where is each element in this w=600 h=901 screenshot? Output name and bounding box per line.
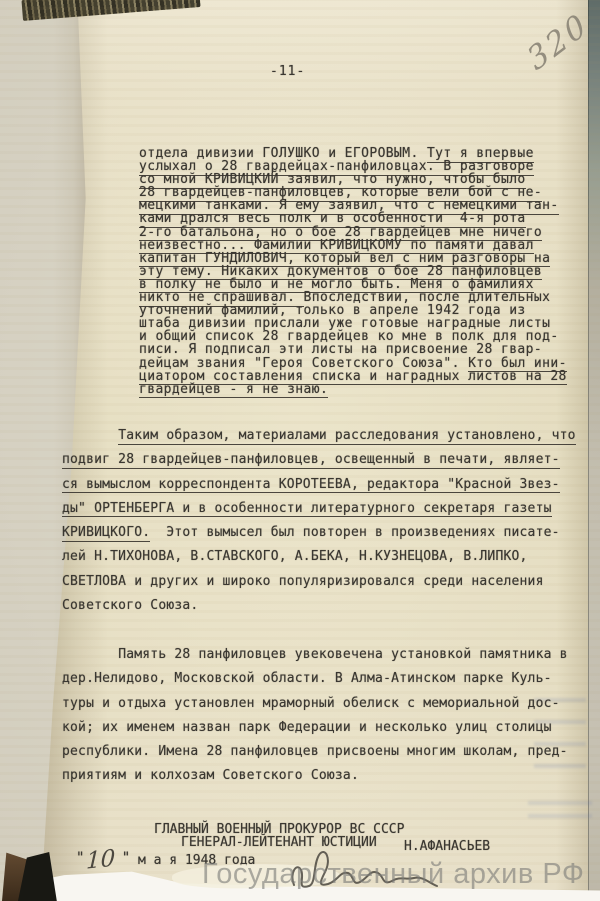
text-line: 2-го батальона, но о бое 28 гвардейцев м… (139, 226, 567, 239)
page-number: -11- (270, 64, 305, 79)
quoted-testimony-block: отдела дивизии ГОЛУШКО и ЕГОРОВЫМ. Тут я… (139, 147, 567, 396)
text-line: Советского Союза. (62, 594, 576, 618)
text-line: подвиг 28 гвардейцев-панфиловцев, освеще… (62, 448, 576, 472)
text-line: капитан ГУНДИЛОВИЧ, который вел с ним ра… (139, 252, 567, 265)
text-line: кой; их именем назван парк Федерации и н… (62, 716, 568, 740)
text-line: туры и отдыха установлен мраморный обели… (62, 692, 568, 716)
text-line: приятиям и колхозам Советского Союза. (62, 764, 568, 788)
archive-watermark: Государственный архив РФ (202, 858, 600, 891)
text-line: лей Н.ТИХОНОВА, В.СТАВСКОГО, А.БЕКА, Н.К… (62, 545, 576, 569)
handwritten-day: 10 (86, 845, 116, 874)
text-line: дейцам звания "Героя Советского Союза". … (139, 357, 567, 370)
open-quote-mark: " (76, 850, 84, 866)
text-line: Память 28 панфиловцев увековечена устано… (62, 643, 568, 667)
text-line: циатором составления списка и наградных … (139, 370, 567, 383)
text-line: дер.Нелидово, Московской области. В Алма… (62, 667, 568, 691)
close-quote-mark: " (122, 850, 130, 866)
memorial-paragraph: Память 28 панфиловцев увековечена устано… (62, 643, 568, 789)
text-line: ся вымыслом корреспондента КОРОТЕЕВА, ре… (62, 473, 576, 497)
text-line: СВЕТЛОВА и других и широко популяризиров… (62, 570, 576, 594)
text-line: неизвестно... Фамилии КРИВИЦКОМУ по памя… (139, 239, 567, 252)
text-line: ды" ОРТЕНБЕРГА и в особенности литератур… (62, 497, 576, 521)
text-line: республики. Имена 28 панфиловцев присвое… (62, 740, 568, 764)
text-line: КРИВИЦКОГО. Этот вымысел был повторен в … (62, 521, 576, 545)
scanned-document: 320 -11- отдела дивизии ГОЛУШКО и ЕГОРОВ… (0, 0, 600, 901)
text-line: эту тему. Никаких документов о бое 28 па… (139, 265, 567, 278)
text-line: Таким образом, материалами расследования… (62, 424, 576, 448)
scan-right-edge (588, 0, 600, 901)
conclusion-paragraph: Таким образом, материалами расследования… (62, 424, 576, 618)
text-line: ками дрался весь полк и в особенности 4-… (139, 212, 567, 225)
